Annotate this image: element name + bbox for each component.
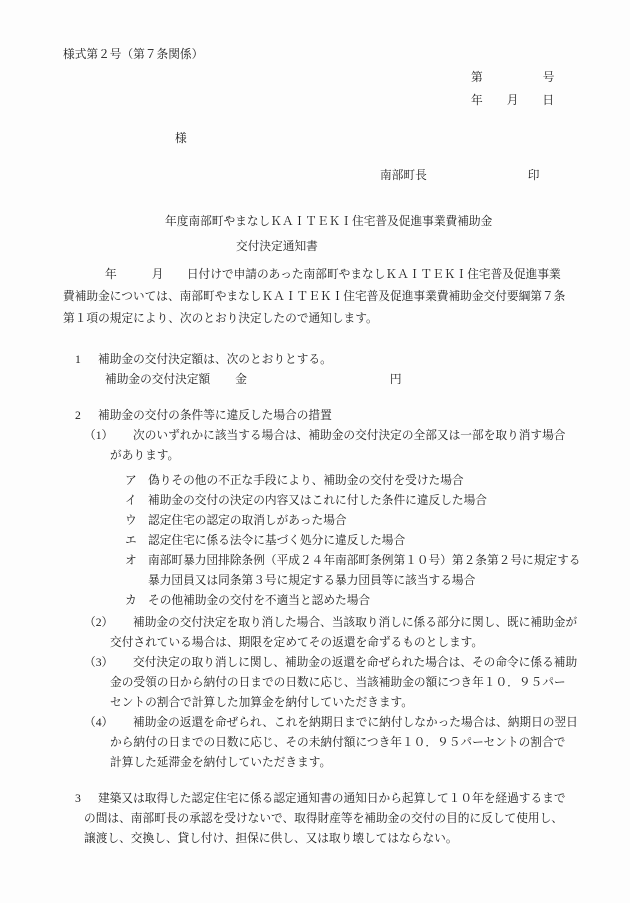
item-line: 交付されている場合は、期限を定めてその返還を命ずるものとします。 xyxy=(110,633,568,653)
paren-item-1: （1）次のいずれかに該当する場合は、補助金の交付決定の全部又は一部を取り消す場合… xyxy=(63,426,568,466)
date-year-label: 年 xyxy=(471,94,483,107)
section-1-number: 1 xyxy=(75,350,98,370)
section-1-heading-text: 補助金の交付決定額は、次のとおりとする。 xyxy=(98,353,332,366)
kana-line: 暴力団員又は同条第３号に規定する暴力団員等に該当する場合 xyxy=(148,571,568,591)
section-3-line: 譲渡し、交換し、貸し付け、担保に供し、又は取り壊してはならない。 xyxy=(84,829,568,849)
amount-label: 補助金の交付決定額 xyxy=(105,373,210,386)
document-page: 様式第２号（第７条関係） 第号 年月日 様 南部町長印 年度南部町やまなしＫＡＩ… xyxy=(0,0,630,903)
kana-marker: ア xyxy=(125,471,148,491)
kana-item: ア偽りその他の不正な手段により、補助金の交付を受けた場合 xyxy=(125,471,568,491)
kana-marker: オ xyxy=(125,551,148,571)
kana-line: 認定住宅の認定の取消しがあった場合 xyxy=(148,514,347,527)
issuer-title: 南部町長 xyxy=(380,169,427,182)
document-title-line1: 年度南部町やまなしＫＡＩＴＥＫＩ住宅普及促進事業費補助金 xyxy=(63,209,568,234)
section-2-number: 2 xyxy=(75,406,98,426)
item-number: （2） xyxy=(84,613,133,633)
paren-item-3: （3）交付決定の取り消しに関し、補助金の返還を命ぜられた場合は、その命令に係る補… xyxy=(63,653,568,713)
item-line: 計算した延滞金を納付していただきます。 xyxy=(110,753,568,773)
item-number: （1） xyxy=(84,426,133,446)
body-paragraph: 年 月 日付けで申請のあった南部町やまなしＫＡＩＴＥＫＩ住宅普及促進事業 費補助… xyxy=(63,264,568,330)
kana-line: 南部町暴力団排除条例（平成２４年南部町条例第１０号）第２条第２号に規定する xyxy=(148,554,580,567)
body-line: 費補助金については、南部町やまなしＫＡＩＴＥＫＩ住宅普及促進事業費補助金交付要綱… xyxy=(63,286,568,308)
item-number: （4） xyxy=(84,713,133,733)
seal-mark: 印 xyxy=(528,169,540,182)
kana-item: ウ認定住宅の認定の取消しがあった場合 xyxy=(125,511,568,531)
date-line: 年月日 xyxy=(471,89,568,112)
section-3-line: 建築又は取得した認定住宅に係る認定通知書の通知日から起算して１０年を経過するまで xyxy=(98,792,566,805)
item-line: から納付の日までの日数に応じ、その未納付額につき年１０．９５パーセントの割合で xyxy=(110,733,568,753)
kana-marker: エ xyxy=(125,531,148,551)
amount-currency-suffix: 円 xyxy=(390,373,402,386)
doc-number-prefix: 第 xyxy=(471,71,483,84)
section-3: 3建築又は取得した認定住宅に係る認定通知書の通知日から起算して１０年を経過するま… xyxy=(63,789,568,849)
kana-line: 偽りその他の不正な手段により、補助金の交付を受けた場合 xyxy=(148,474,464,487)
paren-item-2: （2）補助金の交付決定を取り消した場合、当該取り消しに係る部分に関し、既に補助金… xyxy=(63,613,568,653)
body-line: 第１項の規定により、次のとおり決定したので通知します。 xyxy=(63,308,568,330)
item-line: 交付決定の取り消しに関し、補助金の返還を命ぜられた場合は、その命令に係る補助 xyxy=(133,656,577,669)
item-line: があります。 xyxy=(110,446,568,466)
date-month-label: 月 xyxy=(507,94,519,107)
item-line: 金の受領の日から納付の日までの日数に応じ、当該補助金の額につき年１０．９５パー xyxy=(110,673,568,693)
addressee-honorific: 様 xyxy=(175,132,187,145)
item-line: 補助金の返還を命ぜられ、これを納期日までに納付しなかった場合は、納期日の翌日 xyxy=(133,716,578,729)
kana-marker: イ xyxy=(125,491,148,511)
kana-item: カその他補助金の交付を不適当と認めた場合 xyxy=(125,591,568,611)
item-line: 次のいずれかに該当する場合は、補助金の交付決定の全部又は一部を取り消す場合 xyxy=(133,429,565,442)
kana-item: オ南部町暴力団排除条例（平成２４年南部町条例第１０号）第２条第２号に規定する xyxy=(125,551,568,571)
section-1-heading: 1補助金の交付決定額は、次のとおりとする。 xyxy=(63,350,568,370)
item-line: セントの割合で計算した加算金を納付していただきます。 xyxy=(110,693,568,713)
paren-item-4: （4）補助金の返還を命ぜられ、これを納期日までに納付しなかった場合は、納期日の翌… xyxy=(63,713,568,773)
section-3-line: の間は、南部町長の承認を受けないで、取得財産等を補助金の交付の目的に反して使用し… xyxy=(84,809,568,829)
doc-number-date-block: 第号 年月日 xyxy=(63,66,568,112)
section-3-number: 3 xyxy=(75,789,98,809)
kana-marker: ウ xyxy=(125,511,148,531)
body-line: 年 月 日付けで申請のあった南部町やまなしＫＡＩＴＥＫＩ住宅普及促進事業 xyxy=(63,264,568,286)
item-line: 補助金の交付決定を取り消した場合、当該取り消しに係る部分に関し、既に補助金が xyxy=(133,616,577,629)
kana-item: イ補助金の交付の決定の内容又はこれに付した条件に違反した場合 xyxy=(125,491,568,511)
kana-line: 補助金の交付の決定の内容又はこれに付した条件に違反した場合 xyxy=(148,494,487,507)
addressee-line: 様 xyxy=(63,129,568,149)
kana-list: ア偽りその他の不正な手段により、補助金の交付を受けた場合 イ補助金の交付の決定の… xyxy=(63,471,568,611)
date-day-label: 日 xyxy=(542,94,554,107)
kana-line: その他補助金の交付を不適当と認めた場合 xyxy=(148,594,370,607)
form-label: 様式第２号（第７条関係） xyxy=(63,45,568,65)
item-number: （3） xyxy=(84,653,133,673)
section-2-heading: 2補助金の交付の条件等に違反した場合の措置 xyxy=(63,406,568,426)
document-title-line2: 交付決定通知書 xyxy=(63,234,568,259)
document-title: 年度南部町やまなしＫＡＩＴＥＫＩ住宅普及促進事業費補助金 交付決定通知書 xyxy=(63,209,568,259)
doc-number-line: 第号 xyxy=(471,66,568,89)
issuer-line: 南部町長印 xyxy=(63,166,568,186)
doc-number-suffix: 号 xyxy=(543,71,555,84)
amount-currency-prefix: 金 xyxy=(235,373,247,386)
kana-item: エ認定住宅に係る法令に基づく処分に違反した場合 xyxy=(125,531,568,551)
kana-marker: カ xyxy=(125,591,148,611)
kana-line: 認定住宅に係る法令に基づく処分に違反した場合 xyxy=(148,534,405,547)
section-2-heading-text: 補助金の交付の条件等に違反した場合の措置 xyxy=(98,409,332,422)
subsidy-amount-line: 補助金の交付決定額金円 xyxy=(63,370,568,390)
